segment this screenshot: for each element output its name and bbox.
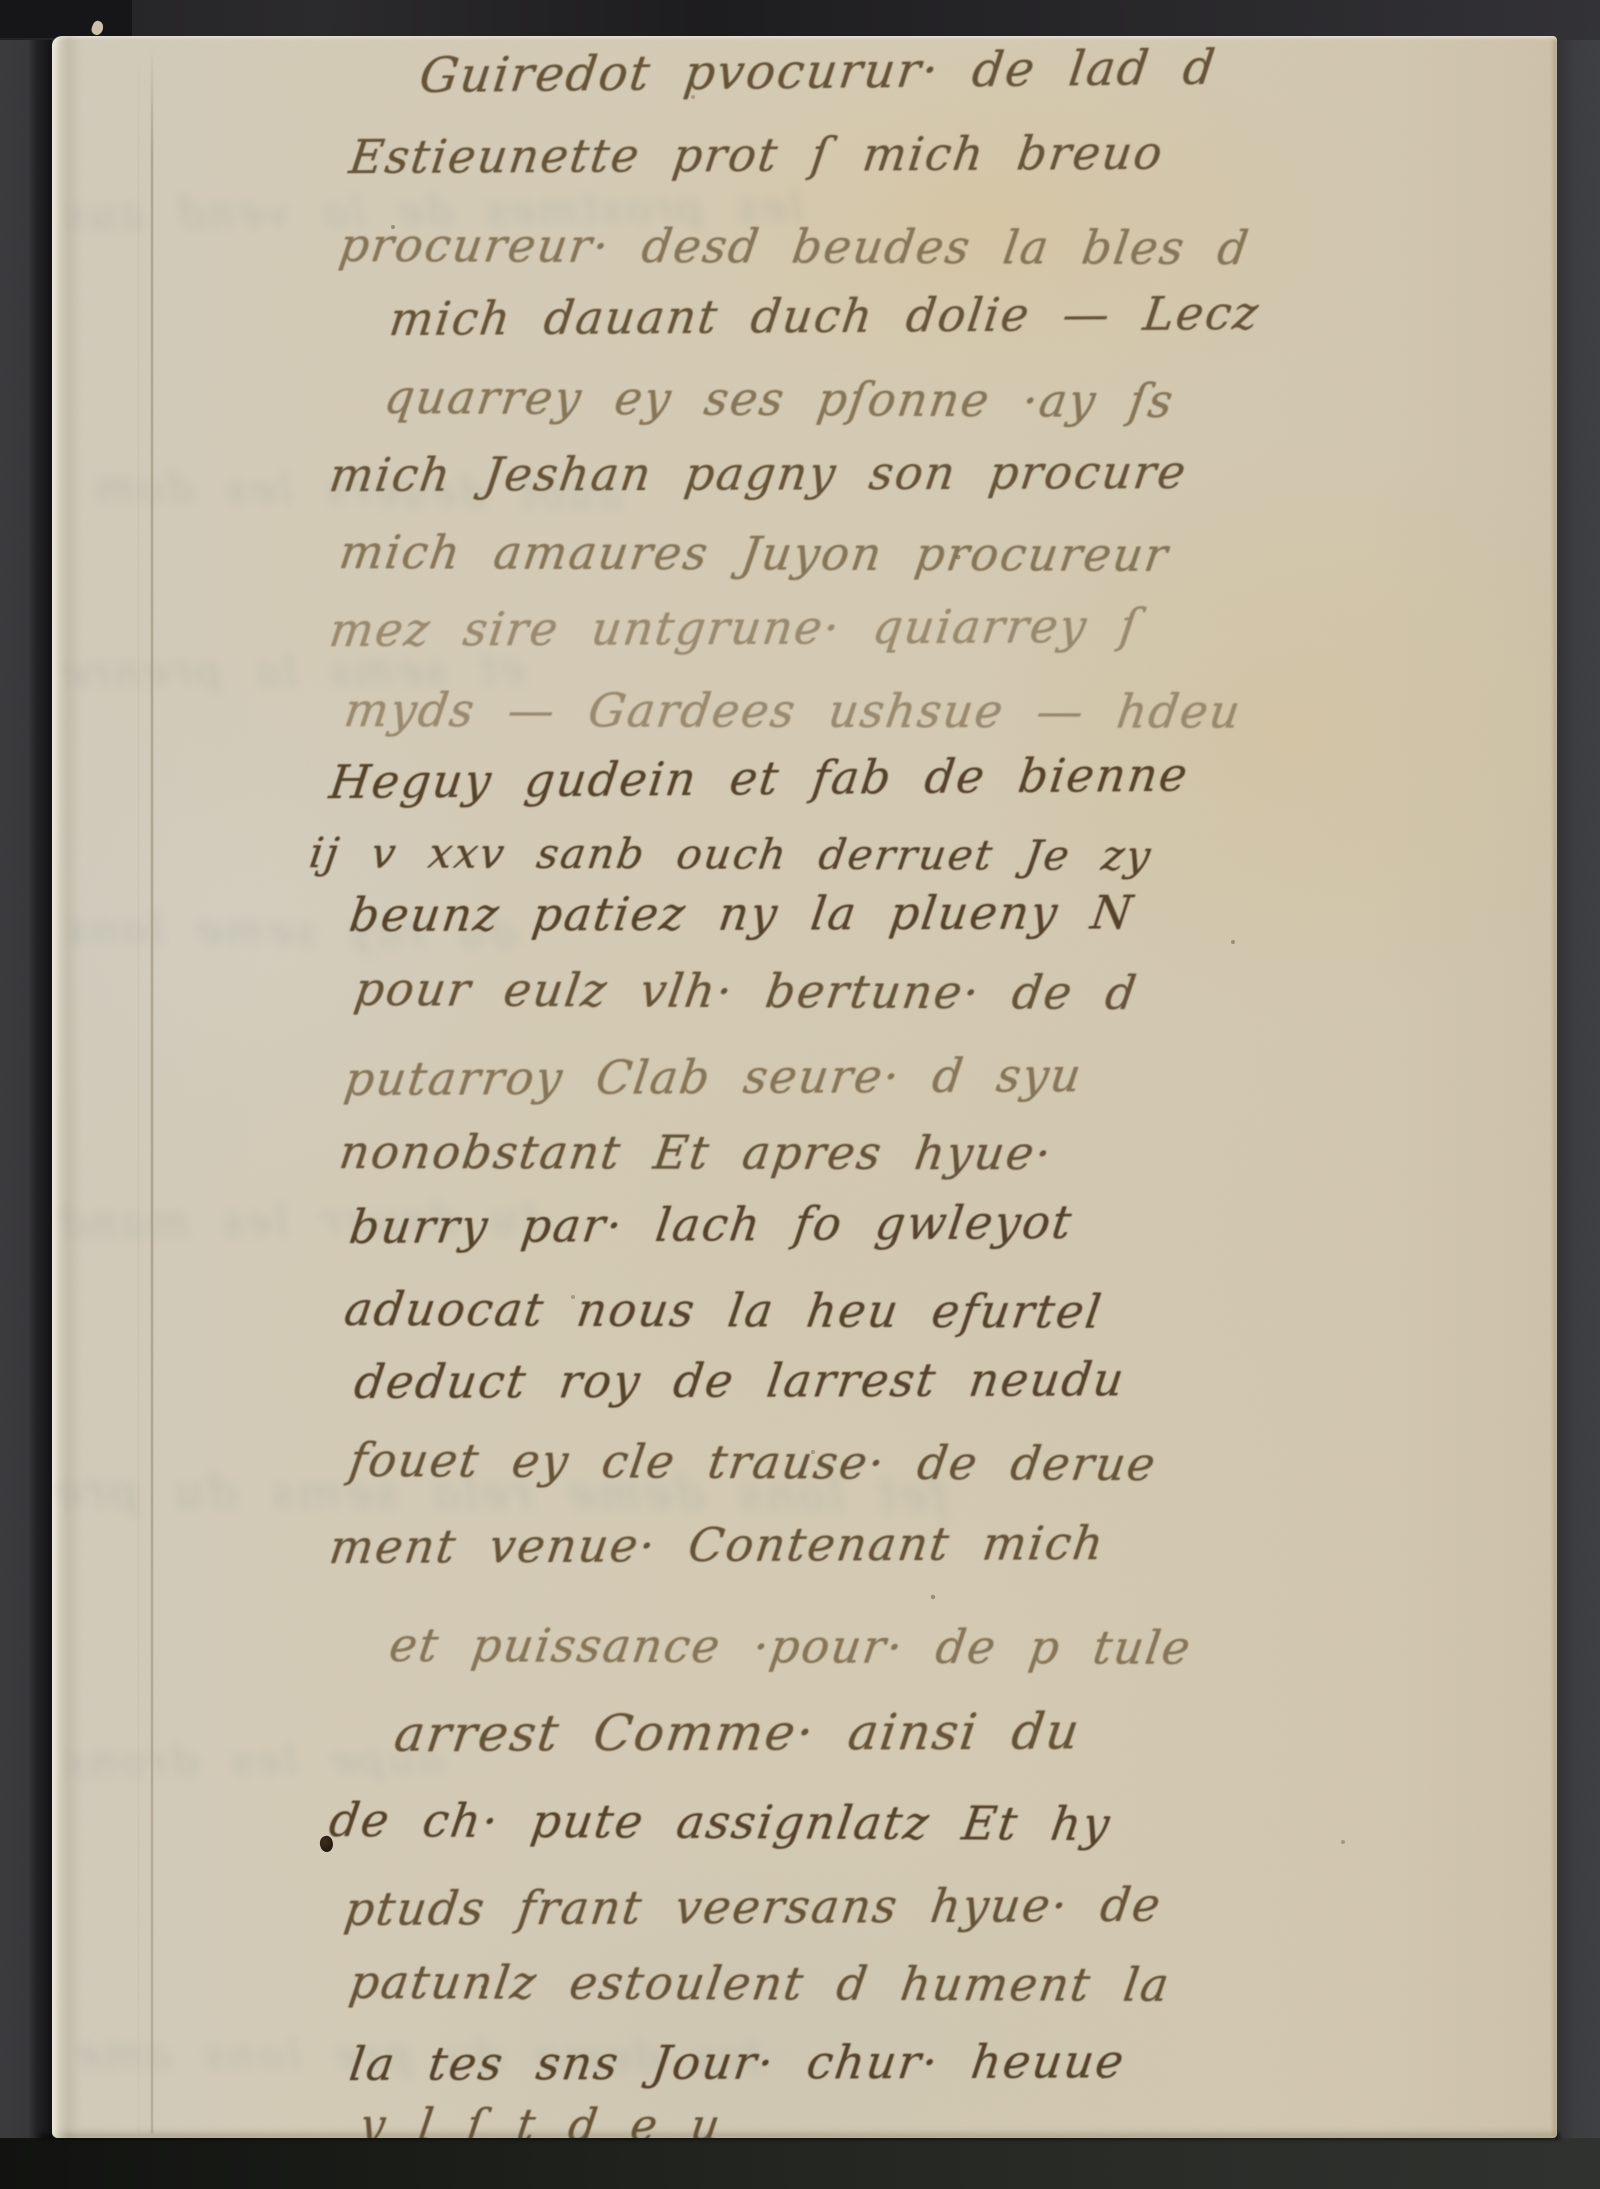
manuscript-line: patunlz estoulent d hument la (346, 1955, 1174, 2012)
manuscript-photo: les prostmes de la vend aus auot deuers … (0, 0, 1600, 2189)
manuscript-line: de ch· pute assignlatz Et hy (326, 1793, 1115, 1851)
manuscript-line: Heguy gudein et fab de bienne (326, 748, 1192, 809)
manuscript-line: deduct roy de larrest neudu (351, 1352, 1129, 1409)
manuscript-line: mez sire untgrune· quiarrey ſ (326, 599, 1143, 657)
fold-line (151, 48, 153, 2133)
manuscript-line: procureur· desd beudes la bles d (336, 218, 1253, 275)
backdrop-bottom (0, 2138, 1600, 2189)
manuscript-line: et puissance ·pour· de p tule (386, 1618, 1195, 1675)
manuscript-line: fouet ey cle trause· de derue (346, 1433, 1161, 1491)
manuscript-line: beunz patiez ny la plueny N (346, 885, 1137, 942)
manuscript-line: nonobstant Et apres hyue· (336, 1125, 1056, 1180)
manuscript-line: la tes sns Jour· chur· heuue (346, 2034, 1129, 2091)
manuscript-line: putarroy Clab seure· d syu (341, 1048, 1086, 1106)
backdrop-right (1556, 0, 1600, 2189)
manuscript-line: burry par· lach fo gwleyot (346, 1195, 1076, 1254)
manuscript-line: ment venue· Contenant mich (326, 1516, 1108, 1574)
fold-line-secondary (138, 48, 139, 2133)
manuscript-line: quarrey ey ses pſonne ·ay ſs (381, 370, 1178, 428)
page-left-edge-highlight (52, 36, 82, 2138)
manuscript-line: ij v xxv sanb ouch derruet Je zy (306, 828, 1155, 880)
dirt-specks (52, 36, 54, 38)
manuscript-line: myds — Gardees ushsue — hdeu (341, 683, 1245, 739)
manuscript-line: pour eulz vlh· bertune· de d (351, 962, 1141, 1020)
manuscript-line: arrest Comme· ainsi du (391, 1703, 1084, 1763)
manuscript-line: Estieunette prot ſ mich breuo (346, 126, 1167, 184)
manuscript-line: y l ſ t d e u (356, 2100, 725, 2138)
manuscript-line: mich Jeshan pagny son procure (326, 445, 1191, 502)
manuscript-line: ptuds frant veersans hyue· de (341, 1878, 1165, 1936)
manuscript-line: Guiredot pvocurur· de lad d (416, 40, 1219, 104)
bleedthrough-line: aupe les drons (62, 1734, 444, 1786)
manuscript-line: mich amaures Juyon procureur (336, 525, 1173, 582)
manuscript-page: les prostmes de la vend aus auot deuers … (52, 36, 1557, 2138)
backdrop-left-shadow (0, 0, 52, 2189)
manuscript-line: mich dauant duch dolie — Lecz (386, 286, 1263, 346)
backdrop-top-left-dark-patch (0, 0, 132, 38)
manuscript-line: aduocat nous la heu efurtel (341, 1282, 1106, 1339)
backdrop-top (0, 0, 1600, 40)
